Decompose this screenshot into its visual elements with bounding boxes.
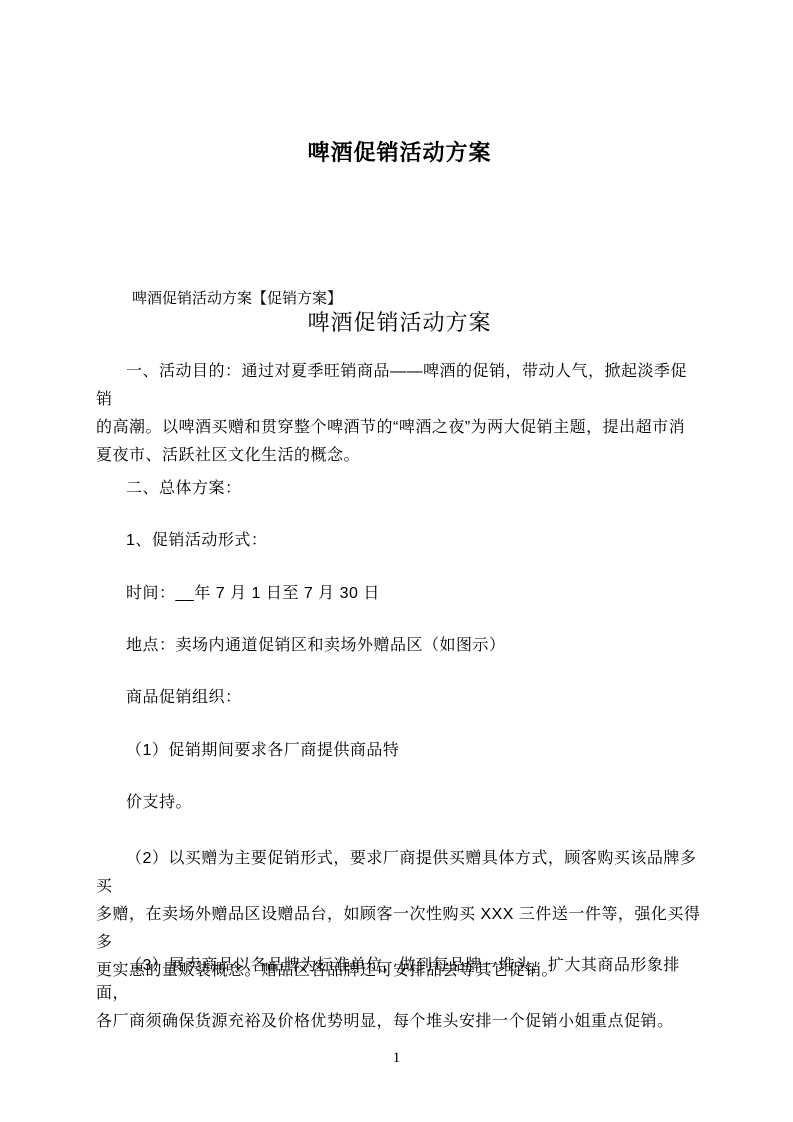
paragraph-item-1-part-a: （1）促销期间要求各厂商提供商品特 [96,737,703,765]
page-number: 1 [0,1048,793,1068]
document-heading: 啤酒促销活动方案 [96,308,703,338]
paragraph-promotion-form: 1、促销活动形式： [96,527,703,555]
paragraph-time: 时间：__年 7 月 1 日至 7 月 30 日 [96,580,703,608]
paragraph-overall-plan: 二、总体方案： [96,475,703,503]
meta-line: 啤酒促销活动方案【促销方案】 [96,288,703,310]
document-title: 啤酒促销活动方案 [96,138,703,168]
document-page: 啤酒促销活动方案 啤酒促销活动方案【促销方案】 啤酒促销活动方案 一、活动目的：… [0,0,793,1122]
paragraph-activity-purpose: 一、活动目的：通过对夏季旺销商品——啤酒的促销，带动人气，掀起淡季促销 的高潮。… [96,358,703,470]
paragraph-organization: 商品促销组织： [96,684,703,712]
paragraph-place: 地点：卖场内通道促销区和卖场外赠品区（如图示） [96,632,703,660]
paragraph-item-1-part-b: 价支持。 [96,789,703,817]
paragraph-item-3: （3）展卖商品以各品牌为标准单位，做到每品牌一堆头，扩大其商品形象排面， 各厂商… [96,952,703,1036]
